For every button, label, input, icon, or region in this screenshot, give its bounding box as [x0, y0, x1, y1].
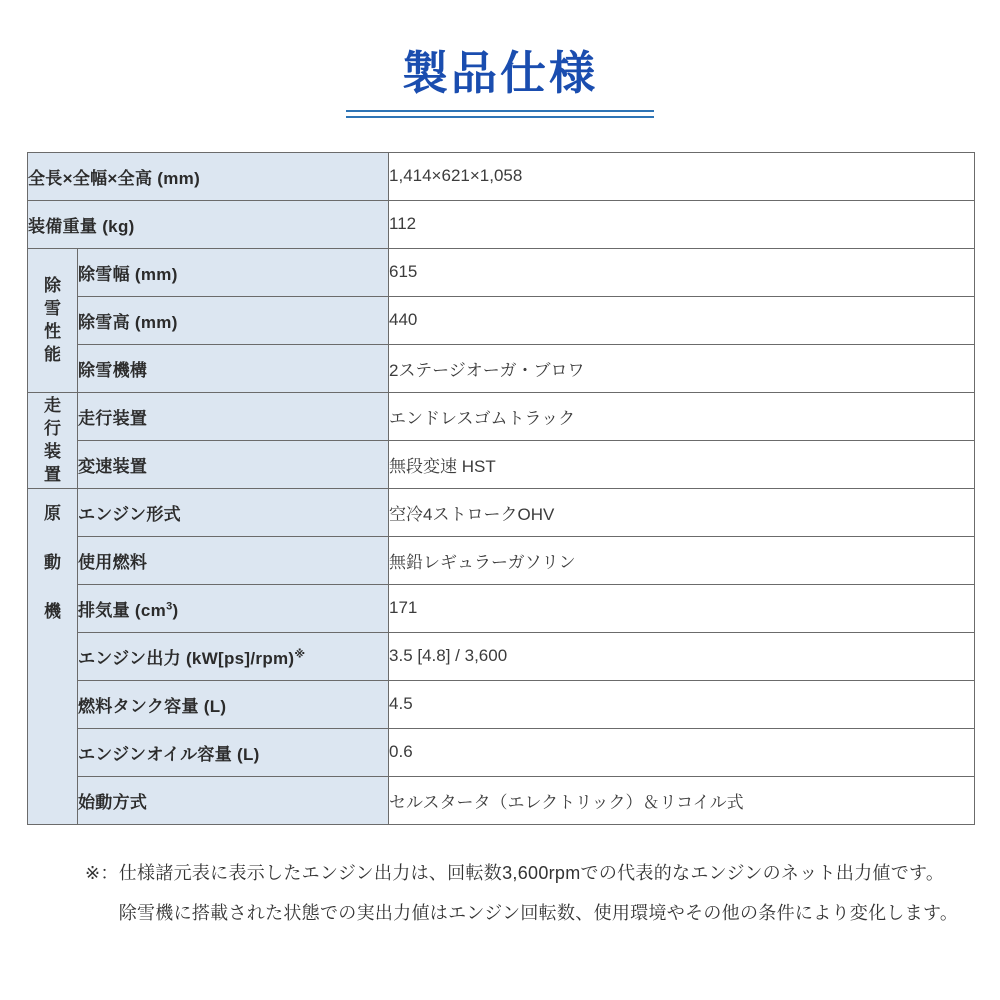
row-value: セルスタータ（エレクトリック）＆リコイル式	[389, 776, 975, 824]
row-label-text: 全長×全幅×全高 (mm)	[28, 169, 200, 188]
page-title: 製品仕様	[0, 48, 1000, 99]
row-label: 始動方式	[78, 776, 389, 824]
table-row: 始動方式 セルスタータ（エレクトリック）＆リコイル式	[28, 776, 975, 824]
table-row: 変速装置 無段変速 HST	[28, 440, 975, 488]
row-label: 除雪幅 (mm)	[78, 248, 389, 296]
row-value: 440	[389, 296, 975, 344]
row-label-text: エンジン出力 (kW[ps]/rpm)	[78, 649, 294, 668]
row-label-text: 排気量 (cm	[78, 601, 166, 620]
row-label: 除雪高 (mm)	[78, 296, 389, 344]
row-label-text: 始動方式	[78, 793, 147, 812]
footnote-line-1: 仕様諸元表に表示したエンジン出力は、回転数3,600rpmでの代表的なエンジンの…	[119, 853, 970, 893]
row-value: 無段変速 HST	[389, 440, 975, 488]
row-value: エンドレスゴムトラック	[389, 392, 975, 440]
row-label: 走行装置	[78, 392, 389, 440]
footnote-line-2: 除雪機に搭載された状態での実出力値はエンジン回転数、使用環境やその他の条件により…	[119, 893, 970, 933]
table-row: 全長×全幅×全高 (mm) 1,414×621×1,058	[28, 152, 975, 200]
row-label: 排気量 (cm3)	[78, 584, 389, 632]
row-label-text: 燃料タンク容量 (L)	[78, 697, 226, 716]
row-value: 無鉛レギュラーガソリン	[389, 536, 975, 584]
row-label-text: 除雪高 (mm)	[78, 313, 178, 332]
row-label: エンジンオイル容量 (L)	[78, 728, 389, 776]
title-underline-decoration	[346, 110, 654, 118]
table-row: エンジンオイル容量 (L) 0.6	[28, 728, 975, 776]
row-label-text: エンジン形式	[78, 505, 181, 524]
row-label-text: 使用燃料	[78, 553, 147, 572]
table-row: 除雪機構 2ステージオーガ・ブロワ	[28, 344, 975, 392]
row-label: 使用燃料	[78, 536, 389, 584]
row-label-superscript: ※	[294, 648, 305, 660]
spec-table: 全長×全幅×全高 (mm) 1,414×621×1,058 装備重量 (kg) …	[27, 152, 975, 825]
table-row: 除雪高 (mm) 440	[28, 296, 975, 344]
spec-page: 製品仕様 全長×全幅×全高 (mm) 1,414×621×1,058 装備重量 …	[0, 0, 1000, 1000]
table-row: 排気量 (cm3) 171	[28, 584, 975, 632]
row-value: 2ステージオーガ・ブロワ	[389, 344, 975, 392]
group-label-text: 走行装置	[28, 394, 77, 486]
row-value: 1,414×621×1,058	[389, 152, 975, 200]
group-label-drive-system: 走行装置	[28, 392, 78, 488]
row-label: 全長×全幅×全高 (mm)	[28, 152, 389, 200]
row-value: 0.6	[389, 728, 975, 776]
table-row: エンジン出力 (kW[ps]/rpm)※ 3.5 [4.8] / 3,600	[28, 632, 975, 680]
row-label-text-end: )	[172, 601, 178, 620]
footnote-marker: ※：	[85, 853, 119, 933]
table-row: 燃料タンク容量 (L) 4.5	[28, 680, 975, 728]
group-label-snow-performance: 除雪性能	[28, 248, 78, 392]
row-label-text: エンジンオイル容量 (L)	[78, 745, 260, 764]
row-label-text: 装備重量 (kg)	[28, 217, 135, 236]
table-row: 装備重量 (kg) 112	[28, 200, 975, 248]
row-value: 4.5	[389, 680, 975, 728]
table-row: 使用燃料 無鉛レギュラーガソリン	[28, 536, 975, 584]
row-value: 3.5 [4.8] / 3,600	[389, 632, 975, 680]
title-block: 製品仕様	[0, 0, 1000, 118]
row-label: エンジン出力 (kW[ps]/rpm)※	[78, 632, 389, 680]
row-label: 変速装置	[78, 440, 389, 488]
table-row: 走行装置 走行装置 エンドレスゴムトラック	[28, 392, 975, 440]
group-label-engine: 原動機	[28, 488, 78, 824]
row-value: 615	[389, 248, 975, 296]
row-label: 燃料タンク容量 (L)	[78, 680, 389, 728]
group-label-text: 原動機	[28, 489, 77, 636]
row-label: 装備重量 (kg)	[28, 200, 389, 248]
row-label-text: 走行装置	[78, 409, 147, 428]
row-value: 171	[389, 584, 975, 632]
footnote: ※： 仕様諸元表に表示したエンジン出力は、回転数3,600rpmでの代表的なエン…	[85, 853, 970, 933]
row-label-text: 除雪幅 (mm)	[78, 265, 178, 284]
row-label: 除雪機構	[78, 344, 389, 392]
row-value: 112	[389, 200, 975, 248]
row-label-text: 変速装置	[78, 457, 147, 476]
row-label: エンジン形式	[78, 488, 389, 536]
row-label-text: 除雪機構	[78, 361, 147, 380]
table-row: 除雪性能 除雪幅 (mm) 615	[28, 248, 975, 296]
row-value: 空冷4ストロークOHV	[389, 488, 975, 536]
table-row: 原動機 エンジン形式 空冷4ストロークOHV	[28, 488, 975, 536]
group-label-text: 除雪性能	[28, 274, 77, 366]
footnote-lines: 仕様諸元表に表示したエンジン出力は、回転数3,600rpmでの代表的なエンジンの…	[119, 853, 970, 933]
